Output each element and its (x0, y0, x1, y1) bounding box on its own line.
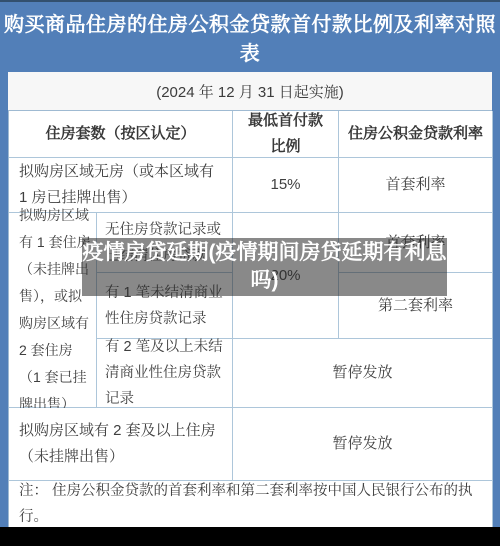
row-no-house-rate: 首套利率 (339, 158, 493, 213)
row-two-house-result: 暂停发放 (233, 408, 493, 481)
row-two-house-condition: 拟购房区域有 2 套及以上住房（未挂牌出售） (9, 408, 233, 481)
header-units: 住房套数（按区认定） (9, 111, 233, 158)
header-min-down-payment: 最低首付款比例 (233, 111, 339, 158)
effective-date-band: (2024 年 12 月 31 日起实施) (8, 72, 492, 110)
row-no-house-ratio: 15% (233, 158, 339, 213)
title-bar: 购买商品住房的住房公积金贷款首付款比例及利率对照表 (0, 2, 500, 72)
watermark-overlay: 疫情房贷延期(疫情期间房贷延期有利息吗) (82, 238, 447, 296)
effective-date-text: (2024 年 12 月 31 日起实施) (156, 81, 344, 102)
footnote: 注： 住房公积金贷款的首套利率和第二套利率按中国人民银行公布的执行。 (9, 481, 493, 528)
sub-two-record-condition: 有 2 笔及以上未结清商业性住房贷款记录 (97, 339, 233, 408)
header-loan-rate: 住房公积金贷款利率 (339, 111, 493, 158)
page-title: 购买商品住房的住房公积金贷款首付款比例及利率对照表 (0, 8, 500, 66)
bottom-bar (0, 527, 500, 546)
policy-table-page: 购买商品住房的住房公积金贷款首付款比例及利率对照表 (2024 年 12 月 3… (0, 0, 500, 546)
comparison-table: 住房套数（按区认定） 最低首付款比例 住房公积金贷款利率 拟购房区域无房（或本区… (8, 110, 492, 527)
sub-two-record-result: 暂停发放 (233, 339, 493, 408)
watermark-text: 疫情房贷延期(疫情期间房贷延期有利息吗) (82, 239, 447, 295)
